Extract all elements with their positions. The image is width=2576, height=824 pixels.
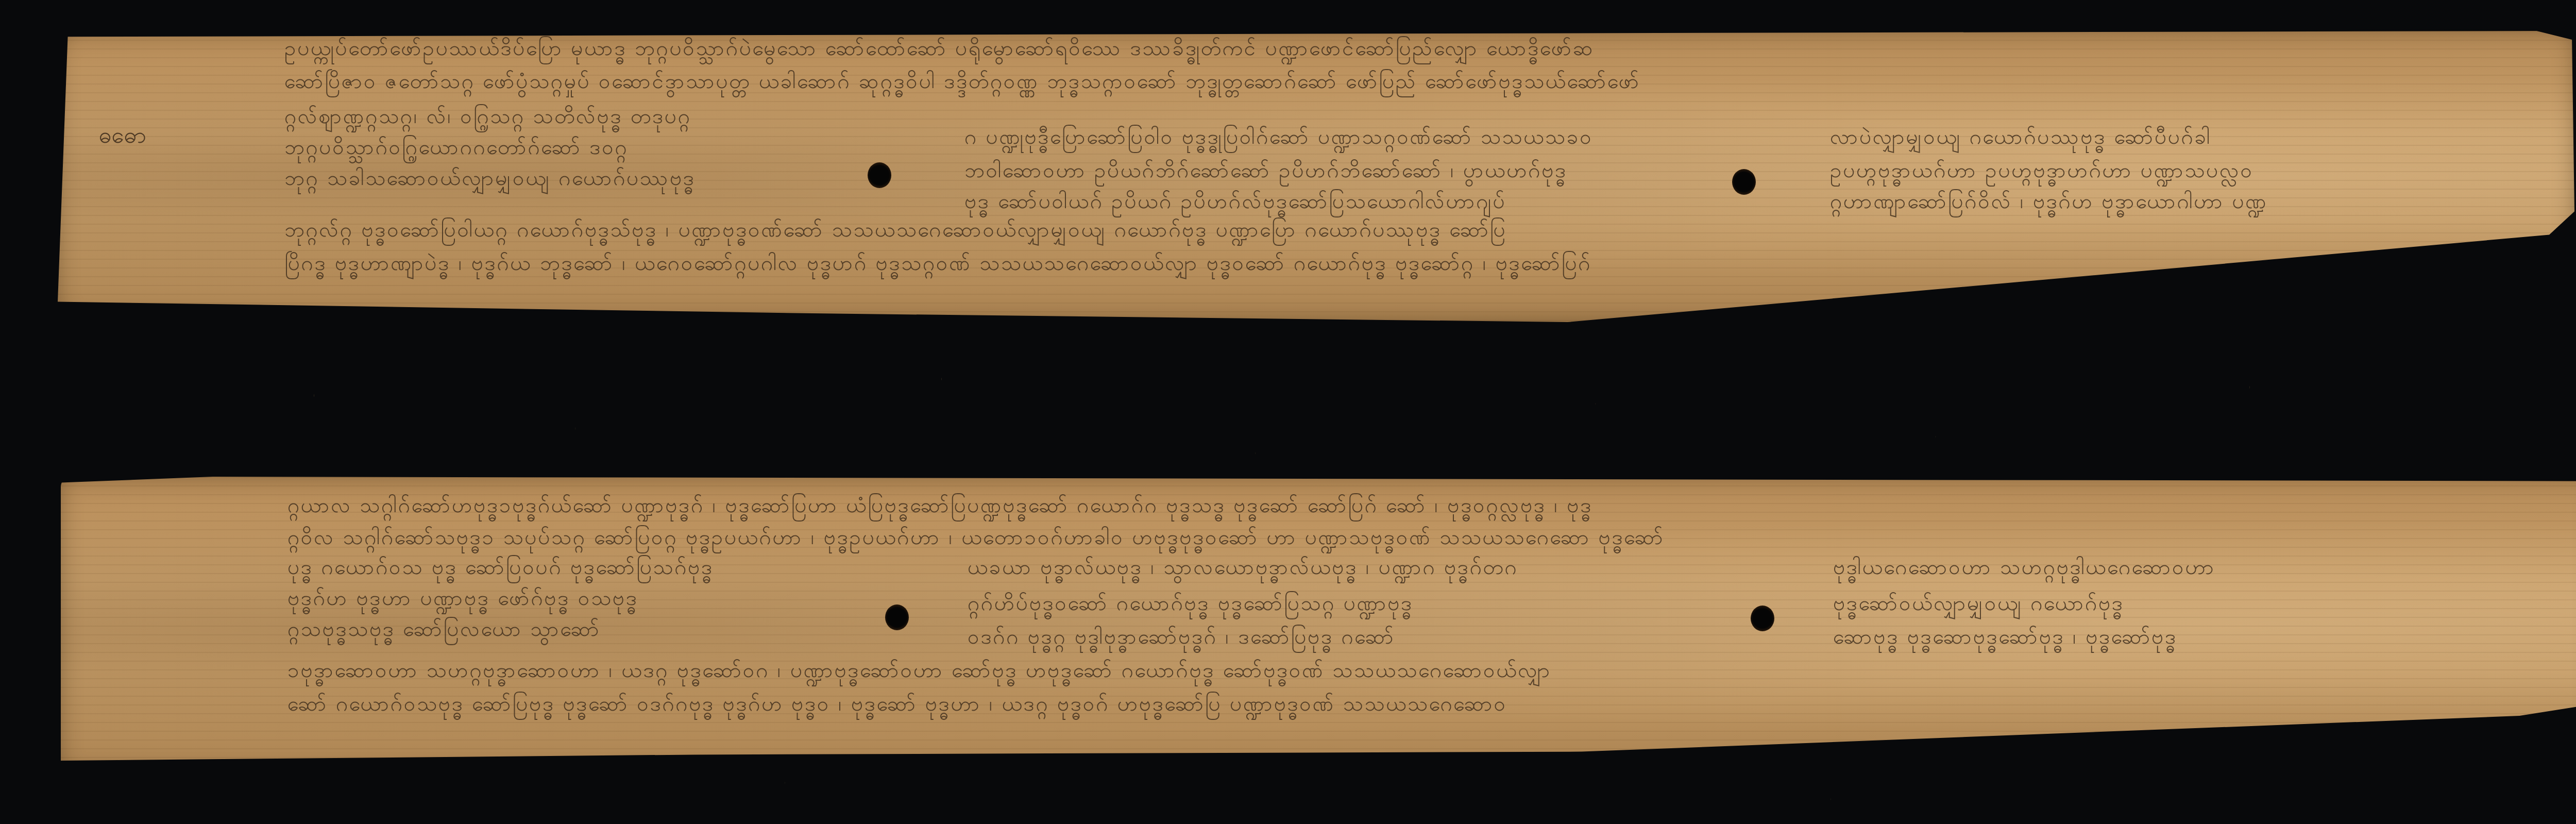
string-hole	[1751, 606, 1774, 631]
text-line: ဥပဟ္ဂဗုဒ္ဓာယဂ်ဟာ ဥပဟ္ဂဗုဒ္ဓာဟဂ်ဟာ ပဏ္ဍာသ…	[1830, 157, 2325, 188]
text-line: ဘဝါဆောဝဟာ ဥပိယဂ်ဘိဂ်ဆော်ဆော် ဥပိဟဂ်ဘိဆော…	[964, 157, 1737, 188]
string-hole	[885, 604, 909, 630]
text-line: ဆောဗုဒ္ဓ ဗုဒ္ဓဆောဗုဒ္ဓဆော်ဗုဒ္ဓ ၊ ဗုဒ္ဓဆ…	[1833, 624, 2328, 654]
text-line: ဂ္ဂဝိလ သဂ္ဂါဂ်ဆော်သဗုဒ္ဓ၁ သပုပ်သဂ္ဂ ဆော်…	[287, 524, 2328, 554]
text-line: ဘုဂ္ဂပဝိသ္သာဂ်ဝဂ္ဂြယောဂဂတော်ဂ်ဆော် ဒဝဂ္ဂ	[284, 134, 887, 164]
text-line: ဥပယ္ကုပ်တော်ဖော်ဥပဿယ်ဒိပ်ပြော မုယာဒ္ဓ ဘု…	[284, 35, 2325, 65]
text-line: ဗုဒ္ဓါယဂေဆောဝဟာ သဟဂ္ဂဗုဒ္ဓါယဂေဆောဝဟာ	[1833, 554, 2328, 584]
text-line: ဘုဂ္ဂလ်ဂ္ဂ ဗုဒ္ဓဝဆော်ပြဝါယဂ္ဂ ဂယောဂ်ဗုဒ္…	[284, 216, 2325, 247]
text-line: ဘုဂ္ဂ သခါသဆောဝယ်လျှာမျှဝယျ ဂယောဂ်ပဿုဗုဒ္…	[284, 165, 887, 195]
text-line: ဆော် ဂယောဂ်ဝသဗုဒ္ဓ ဆော်ပြဗုဒ္ဓ ဗုဒ္ဓဆော်…	[287, 691, 2328, 721]
text-line: ဗုဒ္ဓဂ်ဟ ဗုဒ္ဓဟာ ပဏ္ဍာဗုဒ္ဓ ဖော်ဂ်ဗုဒ္ဓ …	[287, 585, 890, 615]
text-line: ဂ ပဏ္ဍုဗုဒ္ဓီပြောဆော်ပြဝါဝ ဗုဒ္ဓဒ္ဓုပြဝါ…	[964, 124, 1737, 154]
string-hole	[1732, 169, 1756, 195]
text-line: ဗုဒ္ဓ ဆော်ပဝါယဂ် ဥပိယဂ် ဥပိဟဂ်လ်ဗုဒ္ဓဆော…	[964, 188, 1737, 218]
text-line: ၁ဗုဒ္ဓာဆောဝဟာ သဟဂ္ဂဗုဒ္ဓာဆောဝဟာ ၊ ယဒဂ္ဂ …	[287, 657, 2328, 687]
text-line: ဂ္ဂဂ်ဟိပ်ဗုဒ္ဓဝဆော် ဂယောဂ်ဗုဒ္ဓ ဗုဒ္ဓဆော…	[968, 590, 1740, 620]
text-line: ပြိဂဒ္ဓ ဗုဒ္ဓဟာဏျာပဲဒ္ဓ ၊ ဗုဒ္ဓဂ်ယ ဘုဒ္ဓ…	[284, 250, 2325, 280]
string-hole	[868, 162, 891, 188]
folio-margin-mark: ဓဓော	[99, 121, 146, 154]
text-line: ဂ္ဂသဗုဒ္ဓသဗုဒ္ဓ ဆော်ပြလယော သွာဆော်	[287, 616, 890, 646]
text-line: ဗုဒ္ဓဆော်ဝယ်လျှာမျှဝယျ ဂယောဂ်ဗုဒ္ဓ	[1833, 590, 2328, 620]
text-line: ဆော်ပြိဇာဝ ဇတော်သဂ္ဂ ဖော်ပွံသဂ္ဂမှုပ် ဝဆ…	[284, 68, 2325, 98]
text-line: ဝဒဂ်ဂ ဗုဒ္ဓဂ္ဂ ဗုဒ္ဓါဗုဒ္ဓာဆော်ဗုဒ္ဓဂ် ၊…	[968, 624, 1740, 654]
text-line: လာပဲလျှာမျှဝယျ ဂယောဂ်ပဿုဗုဒ္ဓ ဆော်ပီပဂ်ခ…	[1830, 124, 2325, 154]
text-line: ဂ္ဂဟာဏျာဆော်ပြဂ်ဝိလ် ၊ ဗုဒ္ဓဂ်ဟ ဗုဒ္ဓာယေ…	[1830, 188, 2325, 218]
text-line: ဂ္ဂယာလ သဂ္ဂါဂ်ဆော်ဟဗုဒ္ဓ၁ဗုဒ္ဓဂ်ယ်ဆော် ပ…	[287, 492, 2328, 523]
text-line: ဂ္ဂလ်ဈာဏ္ဍဂ္ဂသဂ္ဂ၊ လ်၊ ဝဂ္ဂြသဂ္ဂ သတိလ်ဗု…	[284, 103, 887, 133]
text-line: ပုဒ္ဓ ဂယောဂ်ဝသ ဗုဒ္ဓ ဆော်ပြဝပဂ် ဗုဒ္ဓဆော…	[287, 554, 890, 584]
text-line: ယခယာ ဗုဒ္ဓာလ်ယဗုဒ္ဓ ၊ သွာလယောဗုဒ္ဓာလ်ယဗု…	[968, 554, 1740, 584]
